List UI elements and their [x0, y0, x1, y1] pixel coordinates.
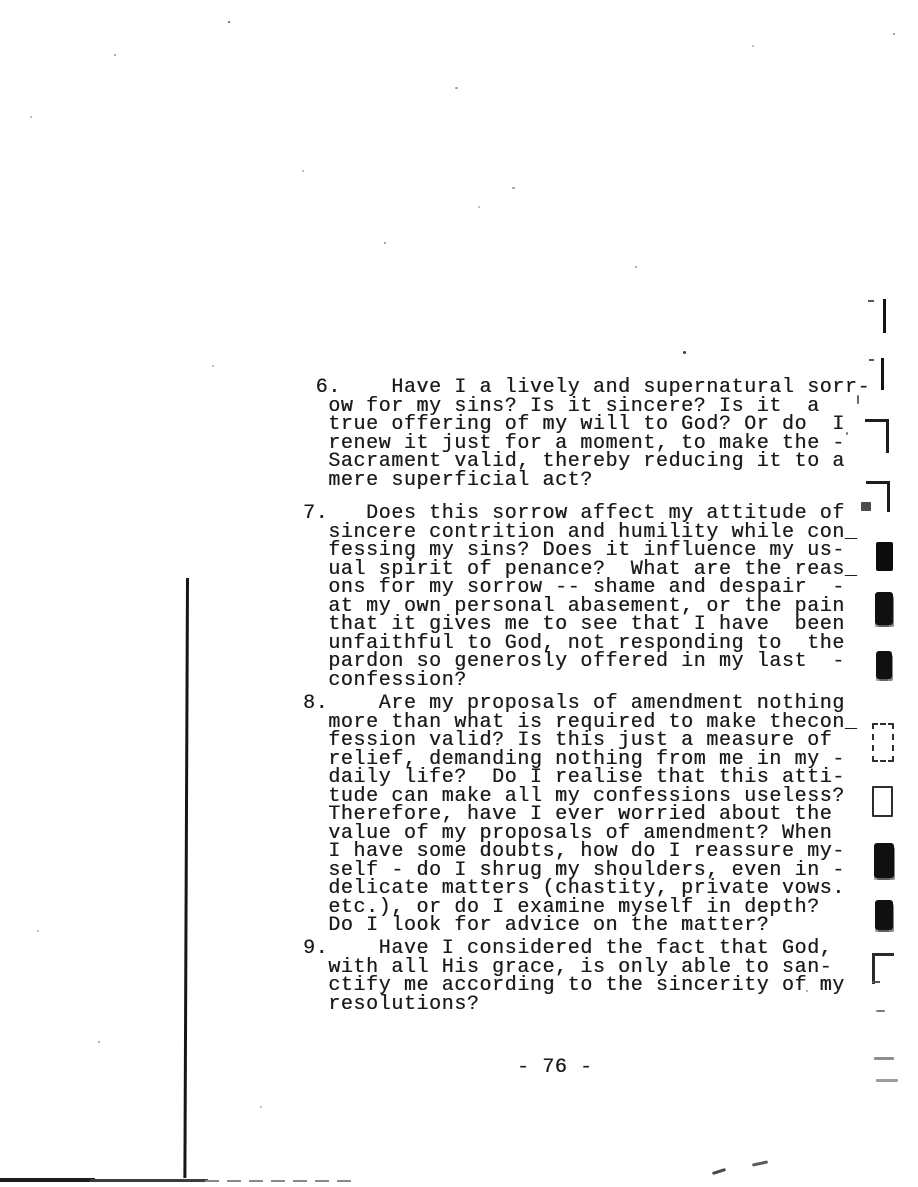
binding-hole-mark [872, 786, 893, 817]
pen-tick-mark [712, 1168, 726, 1175]
scan-speck [30, 116, 32, 118]
scan-speck [37, 930, 39, 932]
binding-hole-mark [861, 502, 871, 511]
scan-speck [302, 170, 304, 172]
scan-speck [512, 187, 515, 189]
bottom-scan-edge [0, 1178, 95, 1182]
binding-hole-mark [875, 592, 893, 625]
binding-hole-mark [876, 1010, 885, 1012]
binding-hole-mark [876, 651, 892, 679]
question-item-9: 9. Have I considered the fact that God, … [303, 940, 888, 1014]
binding-hole-mark [876, 542, 893, 571]
scanned-document-page: 6. Have I a lively and supernatural sorr… [0, 0, 918, 1187]
pen-tick-mark [752, 1160, 768, 1166]
binding-hole-mark [866, 299, 886, 333]
text-line: mere superficial act? [303, 472, 888, 491]
text-line: confession? [303, 672, 888, 691]
binding-hole-mark [872, 953, 894, 984]
binding-hole-mark [874, 1057, 894, 1060]
bottom-scan-edge [90, 1179, 208, 1182]
scan-speck [384, 242, 386, 244]
bottom-scan-edge [205, 1180, 355, 1182]
scan-speck [893, 33, 895, 35]
scan-speck [806, 990, 808, 992]
question-item-7: 7. Does this sorrow affect my attitude o… [303, 505, 888, 690]
question-item-8: 8. Are my proposals of amendment nothing… [303, 695, 888, 936]
scan-speck [455, 87, 458, 89]
scan-speck [228, 21, 230, 23]
binding-hole-mark [864, 358, 884, 390]
scan-speck [857, 395, 859, 404]
binding-hole-mark [865, 419, 889, 453]
vertical-scan-line [183, 578, 189, 1178]
binding-hole-mark [869, 359, 874, 361]
binding-hole-mark [872, 723, 894, 762]
question-item-6: 6. Have I a lively and supernatural sorr… [303, 379, 888, 490]
binding-hole-mark [874, 843, 894, 878]
scan-speck [212, 365, 214, 367]
binding-hole-mark [868, 300, 874, 302]
scan-speck [478, 206, 480, 208]
binding-hole-mark [876, 1079, 898, 1082]
binding-hole-mark [872, 981, 880, 983]
scan-speck [683, 351, 686, 354]
scan-speck [260, 1106, 262, 1108]
text-line: Do I look for advice on the matter? [303, 917, 888, 936]
scan-speck [752, 45, 754, 47]
page-number: - 76 - [517, 1056, 593, 1079]
scan-speck [846, 432, 848, 435]
text-line: resolutions? [303, 996, 888, 1015]
scan-speck [98, 1041, 100, 1043]
binding-hole-mark [875, 900, 893, 930]
scan-speck [114, 54, 116, 56]
scan-speck [635, 266, 637, 268]
